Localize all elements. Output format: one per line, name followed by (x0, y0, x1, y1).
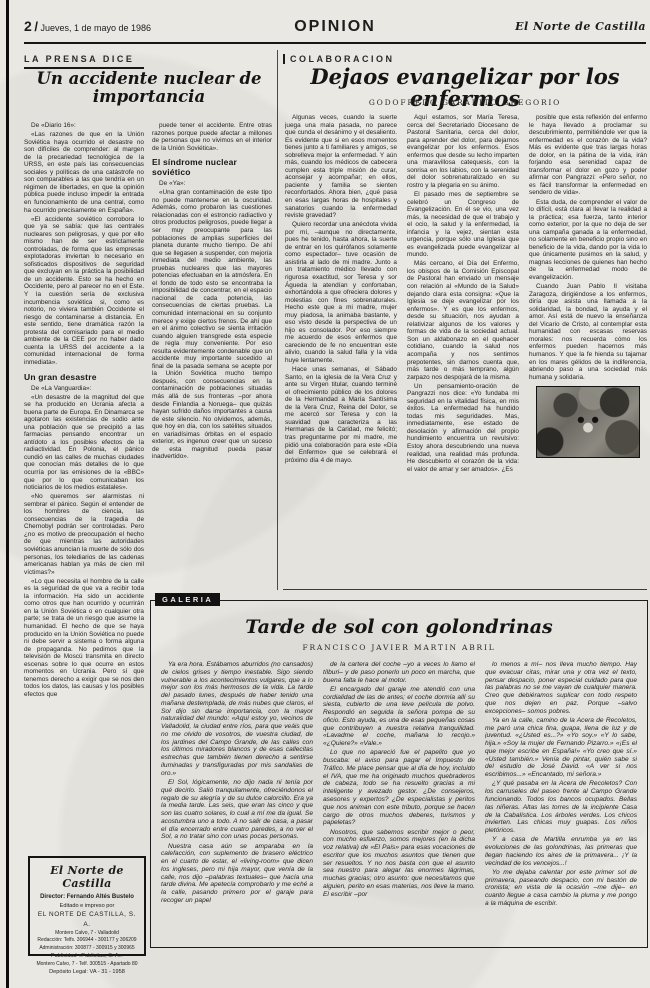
paragraph: Ya en la calle, camino de la Acera de Re… (485, 717, 637, 779)
paragraph: ¿Y qué pasaba en la Acera de Recoletos? … (485, 780, 637, 834)
paragraph: puede tener el accidente. Entre otras ra… (152, 122, 272, 152)
paragraph: Ya era hora. Estábamos aburridos (no can… (161, 661, 313, 777)
paragraph: de la cartera del coche –yo a veces lo l… (323, 661, 475, 684)
paragraph: Yo me dejaba calentar por este primer so… (485, 869, 637, 908)
paragraph: «Un desastre de la magnitud del que se h… (24, 394, 144, 492)
colaboracion-bottom-rule (283, 589, 647, 590)
subheading: El síndrome nuclear soviético (152, 157, 272, 177)
masthead-director: Director: Fernando Altés Bustelo (34, 893, 140, 902)
paragraph: Un pensamiento-oración de Pangrazzi nos … (407, 383, 519, 474)
galeria-byline: FRANCISCO JAVIER MARTIN ABRIL (151, 643, 647, 652)
galeria-column-3: lo menos a mí– nos lleva mucho tiempo. H… (485, 661, 637, 937)
paragraph: Hace unas semanas, el Sábado Santo, en l… (285, 366, 397, 464)
paragraph: «No queremos ser alarmistas ni sembrar e… (24, 493, 144, 576)
header-rule (24, 42, 646, 44)
galeria-column-2: de la cartera del coche –yo a veces lo l… (323, 661, 475, 937)
paragraph: lo menos a mí– nos lleva mucho tiempo. H… (485, 661, 637, 715)
prensa-column-2: puede tener el accidente. Entre otras ra… (152, 122, 272, 588)
paragraph: Cuando Juan Pablo II visitaba Zaragoza, … (529, 283, 647, 381)
newspaper-page: { "header": { "page_number": "2", "separ… (0, 0, 650, 988)
masthead-edited-by: Editado e impreso por (34, 902, 140, 910)
paragraph: Nuestra casa aún se amparaba en la calef… (161, 843, 313, 905)
paragraph: Lo que no apareció fue el papelito que y… (323, 749, 475, 827)
paragraph: «El accidente soviético corrobora lo que… (24, 216, 144, 367)
kicker-galeria: GALERIA (155, 593, 220, 606)
colaboracion-column-3: posible que esta reflexión del enfermo l… (529, 114, 647, 588)
scan-page-edge (6, 0, 9, 988)
paragraph: Nosotros, que sabemos escribir mejor o p… (323, 829, 475, 899)
masthead-company: EL NORTE DE CASTILLA, S. A. (34, 910, 140, 929)
subheading: Un gran desastre (24, 372, 144, 382)
paragraph: «Las razones de que en la Unión Soviétic… (24, 131, 144, 214)
masthead-administracion-phones: Administración: 300877 - 300915 y 300965 (34, 945, 140, 953)
paragraph: Y a casa de Martilla enrumba ya en las e… (485, 836, 637, 867)
colaboracion-column-1: Algunas veces, cuando la suerte juega un… (285, 114, 397, 588)
paragraph: Esta duda, de comprender el valor de lo … (529, 199, 647, 282)
paragraph: posible que esta reflexión del enfermo l… (529, 114, 647, 197)
paragraph: De «La Vanguardia»: (24, 385, 144, 393)
paragraph: Más cercano, el Día del Enfermo, los obi… (407, 260, 519, 381)
masthead-deposito-legal: Depósito Legal: VA - 31 - 1958 (34, 968, 140, 976)
paragraph: «Una gran contaminación de este tipo no … (152, 189, 272, 461)
paragraph: Algunas veces, cuando la suerte juega un… (285, 114, 397, 220)
newspaper-name: El Norte de Castilla (515, 20, 646, 33)
page-header: 2 / Jueves, 1 de mayo de 1986 OPINION El… (24, 16, 646, 40)
masthead-address: Montero Calvo, 7 - Valladolid (34, 930, 140, 938)
colaboracion-column-3-text: posible que esta reflexión del enfermo l… (529, 114, 647, 381)
paragraph: Quiero recordar una anécdota vivida por … (285, 221, 397, 364)
masthead-box-title: El Norte de Castilla (34, 864, 140, 890)
galeria-columns: Ya era hora. Estábamos aburridos (no can… (151, 652, 647, 937)
colaboracion-byline: GODOFREDO GARABITO GREGORIO (283, 98, 647, 107)
kicker-la-prensa-dice: LA PRENSA DICE (24, 54, 144, 69)
paragraph: El pasado mes de septiembre se celebró u… (407, 191, 519, 259)
paragraph: El encargado del garaje me atendió con u… (323, 686, 475, 748)
masthead-info-box: El Norte de Castilla Director: Fernando … (28, 856, 146, 956)
paragraph: De «Diario 16»: (24, 122, 144, 130)
galeria-article-box: GALERIA Tarde de sol con golondrinas FRA… (150, 600, 648, 948)
masthead-publicidad: Publicidad «Publicitas, S. A.» (34, 952, 140, 960)
prensa-article-title: Un accidente nuclear de importancia (26, 70, 272, 107)
column-divider (277, 50, 278, 590)
kicker-colaboracion: COLABORACION (283, 54, 395, 64)
paragraph: «Lo que necesita el hombre de la calle e… (24, 578, 144, 699)
galeria-column-1: Ya era hora. Estábamos aburridos (no can… (161, 661, 313, 937)
paragraph: El Sol, lógicamente, no dijo nada ni ten… (161, 779, 313, 841)
paragraph: Aquí estamos, sor María Teresa, cerca de… (407, 114, 519, 189)
prensa-column-1: De «Diario 16»:«Las razones de que en la… (24, 122, 144, 848)
masthead-publicidad-address: Montero Calvo, 7 - Telf. 300515 - Aparta… (34, 961, 140, 969)
article-photo (536, 386, 640, 458)
galeria-article-title: Tarde de sol con golondrinas (151, 616, 647, 638)
paragraph: De «Ya»: (152, 180, 272, 188)
colaboracion-column-2: Aquí estamos, sor María Teresa, cerca de… (407, 114, 519, 588)
masthead-redaccion-phones: Redacción: Telfs. 306944 - 300177 y 3062… (34, 937, 140, 945)
